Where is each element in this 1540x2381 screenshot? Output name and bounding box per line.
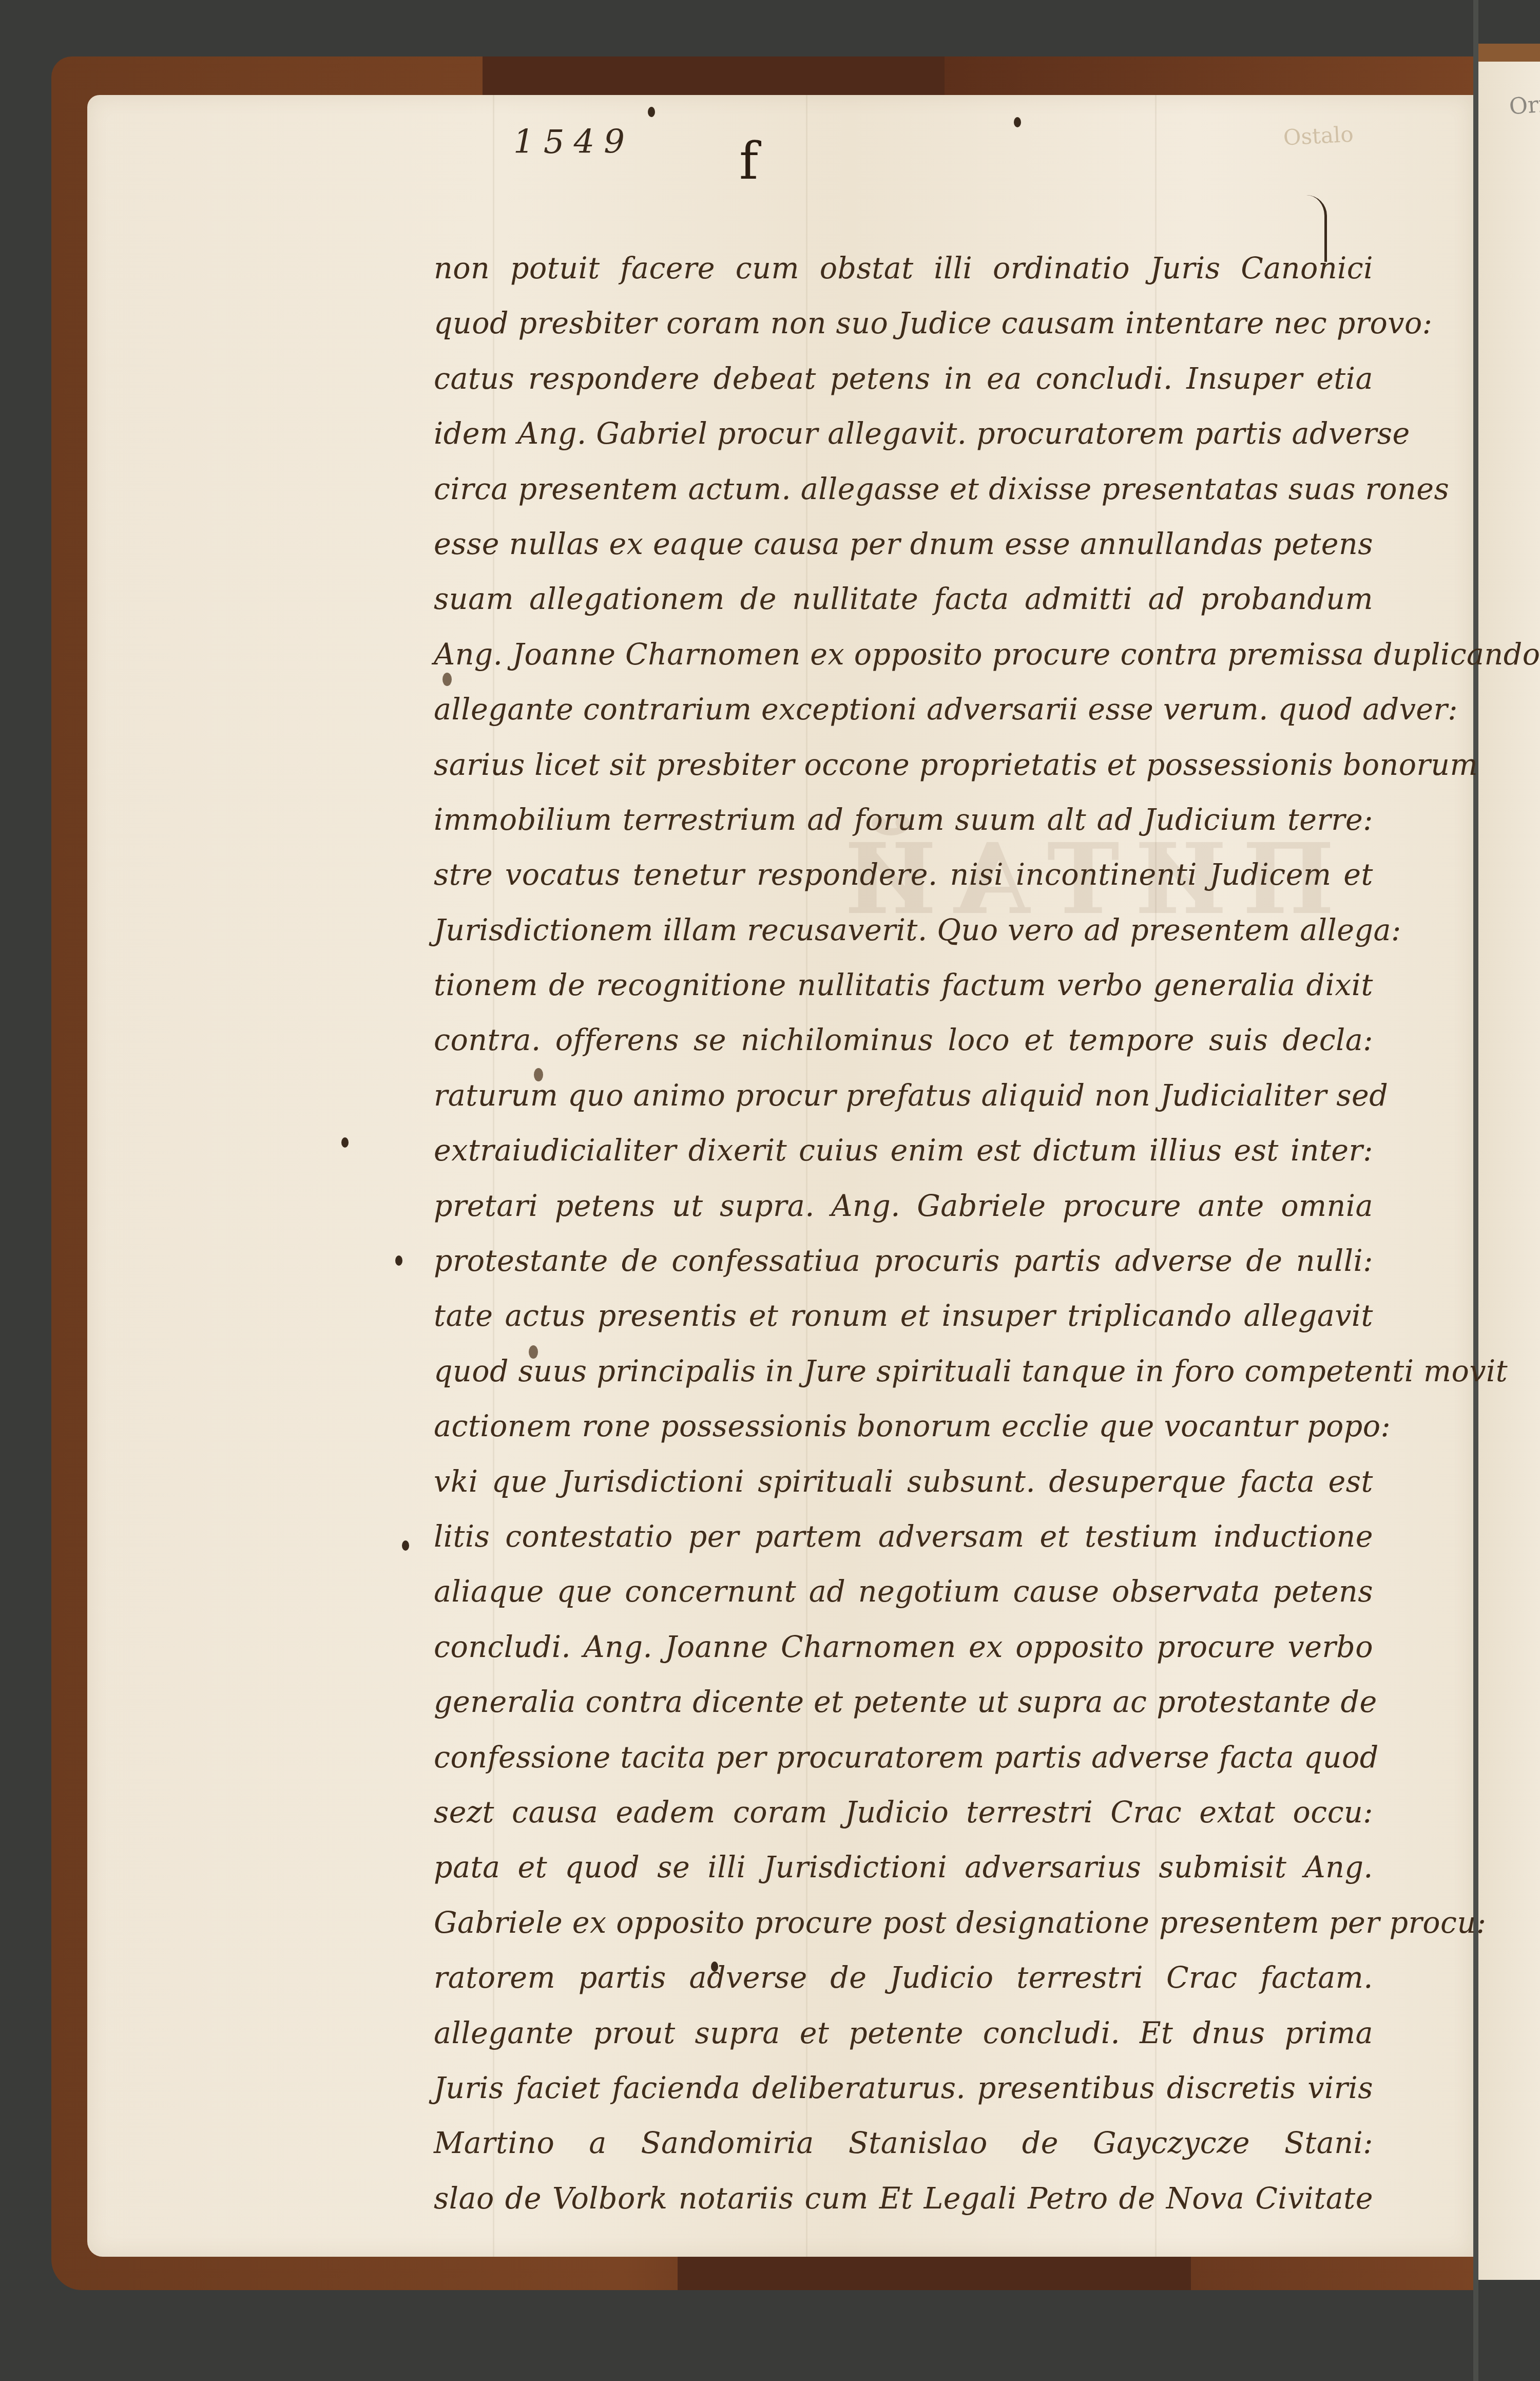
- text-line: pata et quod se illi Jurisdictioni adver…: [434, 1840, 1373, 1895]
- text-line: suam allegationem de nullitate facta adm…: [434, 572, 1373, 627]
- text-line: contra. offerens se nichilominus loco et…: [434, 1013, 1373, 1068]
- text-line: Ang. Joanne Charnomen ex opposito procur…: [434, 627, 1373, 682]
- text-line: non potuit facere cum obstat illi ordina…: [434, 241, 1373, 296]
- text-line: tate actus presentis et ronum et insuper…: [434, 1289, 1373, 1344]
- adjacent-page-note: Ori: [1508, 91, 1540, 120]
- text-line: vki que Jurisdictioni spirituali subsunt…: [434, 1455, 1373, 1510]
- text-line: generalia contra dicente et petente ut s…: [434, 1675, 1373, 1730]
- adjacent-page-edge: [1478, 62, 1540, 2280]
- text-line: catus respondere debeat petens in ea con…: [434, 352, 1373, 407]
- text-line: idem Ang. Gabriel procur allegavit. proc…: [434, 407, 1373, 462]
- text-line: Jurisdictionem illam recusaverit. Quo ve…: [434, 903, 1373, 958]
- text-line: actionem rone possessionis bonorum eccli…: [434, 1399, 1373, 1454]
- text-line: Martino a Sandomiria Stanislao de Gayczy…: [434, 2116, 1373, 2171]
- ink-dot: [341, 1137, 349, 1148]
- text-line: circa presentem actum. allegasse et dixi…: [434, 462, 1373, 517]
- text-line: allegante contrarium exceptioni adversar…: [434, 682, 1373, 737]
- ink-dot: [395, 1255, 402, 1266]
- text-line: protestante de confessatiua procuris par…: [434, 1234, 1373, 1289]
- text-line: litis contestatio per partem adversam et…: [434, 1510, 1373, 1565]
- text-line: concludi. Ang. Joanne Charnomen ex oppos…: [434, 1620, 1373, 1675]
- text-line: raturum quo animo procur prefatus aliqui…: [434, 1069, 1373, 1123]
- ink-dot: [648, 107, 655, 117]
- text-line: sarius licet sit presbiter occone propri…: [434, 738, 1373, 793]
- text-line: immobilium terrestrium ad forum suum alt…: [434, 793, 1373, 848]
- text-line: aliaque que concernunt ad negotium cause…: [434, 1565, 1373, 1620]
- text-line: Juris faciet facienda deliberaturus. pre…: [434, 2061, 1373, 2116]
- text-line: extraiudicialiter dixerit cuius enim est…: [434, 1123, 1373, 1178]
- folio-year: 1549: [513, 123, 634, 161]
- text-line: confessione tacita per procuratorem part…: [434, 1730, 1373, 1785]
- ink-dot: [1014, 117, 1021, 127]
- folio-mark: f: [739, 131, 758, 191]
- text-line: sezt causa eadem coram Judicio terrestri…: [434, 1785, 1373, 1840]
- text-line: pretari petens ut supra. Ang. Gabriele p…: [434, 1179, 1373, 1234]
- text-line: tionem de recognitione nullitatis factum…: [434, 958, 1373, 1013]
- ink-dot: [402, 1540, 409, 1551]
- manuscript-text: non potuit facere cum obstat illi ordina…: [434, 241, 1373, 2226]
- text-line: quod suus principalis in Jure spirituali…: [434, 1344, 1373, 1399]
- text-line: slao de Volbork notariis cum Et Legali P…: [434, 2172, 1373, 2226]
- text-line: ratorem partis adverse de Judicio terres…: [434, 1951, 1373, 2006]
- text-line: allegante prout supra et petente conclud…: [434, 2006, 1373, 2061]
- text-line: Gabriele ex opposito procure post design…: [434, 1896, 1373, 1951]
- text-line: stre vocatus tenetur respondere. nisi in…: [434, 848, 1373, 903]
- faded-margin-note: Ostalo: [1283, 121, 1354, 150]
- gutter-shadow: [1473, 0, 1478, 2381]
- text-line: quod presbiter coram non suo Judice caus…: [434, 296, 1373, 351]
- text-line: esse nullas ex eaque causa per dnum esse…: [434, 517, 1373, 572]
